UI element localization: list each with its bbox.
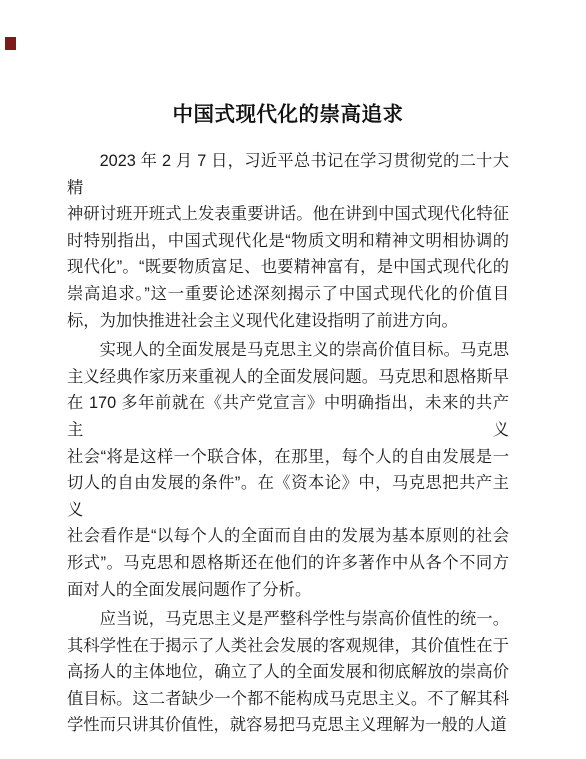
text-line: 其科学性在于揭示了人类社会发展的客观规律，其价值性在于 <box>67 633 509 660</box>
text-line: 现代化”。“既要物质富足、也要精神富有，是中国式现代化的 <box>67 254 509 281</box>
text-line: 神研讨班开班式上发表重要讲话。他在讲到中国式现代化特征 <box>67 201 509 228</box>
red-corner-marker <box>5 37 16 50</box>
text-line: 社会看作是“以每个人的全面而自由的发展为基本原则的社会 <box>67 523 509 550</box>
text-line: 应当说，马克思主义是严整科学性与崇高价值性的统一。 <box>67 606 509 633</box>
text-line: 值目标。这二者缺少一个都不能构成马克思主义。不了解其科 <box>67 686 509 713</box>
document-page: 中国式现代化的崇高追求 2023 年 2 月 7 日，习近平总书记在学习贯彻党的… <box>0 0 586 759</box>
text-line: 标，为加快推进社会主义现代化建设指明了前进方向。 <box>67 308 509 335</box>
paragraph: 应当说，马克思主义是严整科学性与崇高价值性的统一。其科学性在于揭示了人类社会发展… <box>67 606 509 739</box>
text-line: 主义经典作家历来重视人的全面发展问题。马克思和恩格斯早 <box>67 364 509 391</box>
document-content: 中国式现代化的崇高追求 2023 年 2 月 7 日，习近平总书记在学习贯彻党的… <box>67 101 509 742</box>
text-line: 时特别指出，中国式现代化是“物质文明和精神文明相协调的 <box>67 228 509 255</box>
text-line: 高扬人的主体地位，确立了人的全面发展和彻底解放的崇高价 <box>67 659 509 686</box>
text-line: 实现人的全面发展是马克思主义的崇高价值目标。马克思 <box>67 337 509 364</box>
text-line: 在 170 多年前就在《共产党宣言》中明确指出，未来的共产主义 <box>67 390 509 443</box>
paragraph: 2023 年 2 月 7 日，习近平总书记在学习贯彻党的二十大精神研讨班开班式上… <box>67 148 509 334</box>
text-line: 社会“将是这样一个联合体，在那里，每个人的自由发展是一 <box>67 444 509 471</box>
text-line: 学性而只讲其价值性，就容易把马克思主义理解为一般的人道 <box>67 712 509 739</box>
text-line: 形式”。马克思和恩格斯还在他们的许多著作中从各个不同方 <box>67 550 509 577</box>
text-line: 面对人的全面发展问题作了分析。 <box>67 577 509 604</box>
paragraph: 实现人的全面发展是马克思主义的崇高价值目标。马克思主义经典作家历来重视人的全面发… <box>67 337 509 603</box>
document-title: 中国式现代化的崇高追求 <box>67 101 509 129</box>
text-line: 切人的自由发展的条件”。在《资本论》中，马克思把共产主义 <box>67 470 509 523</box>
text-line: 2023 年 2 月 7 日，习近平总书记在学习贯彻党的二十大精 <box>67 148 509 201</box>
text-line: 崇高追求。”这一重要论述深刻揭示了中国式现代化的价值目 <box>67 281 509 308</box>
